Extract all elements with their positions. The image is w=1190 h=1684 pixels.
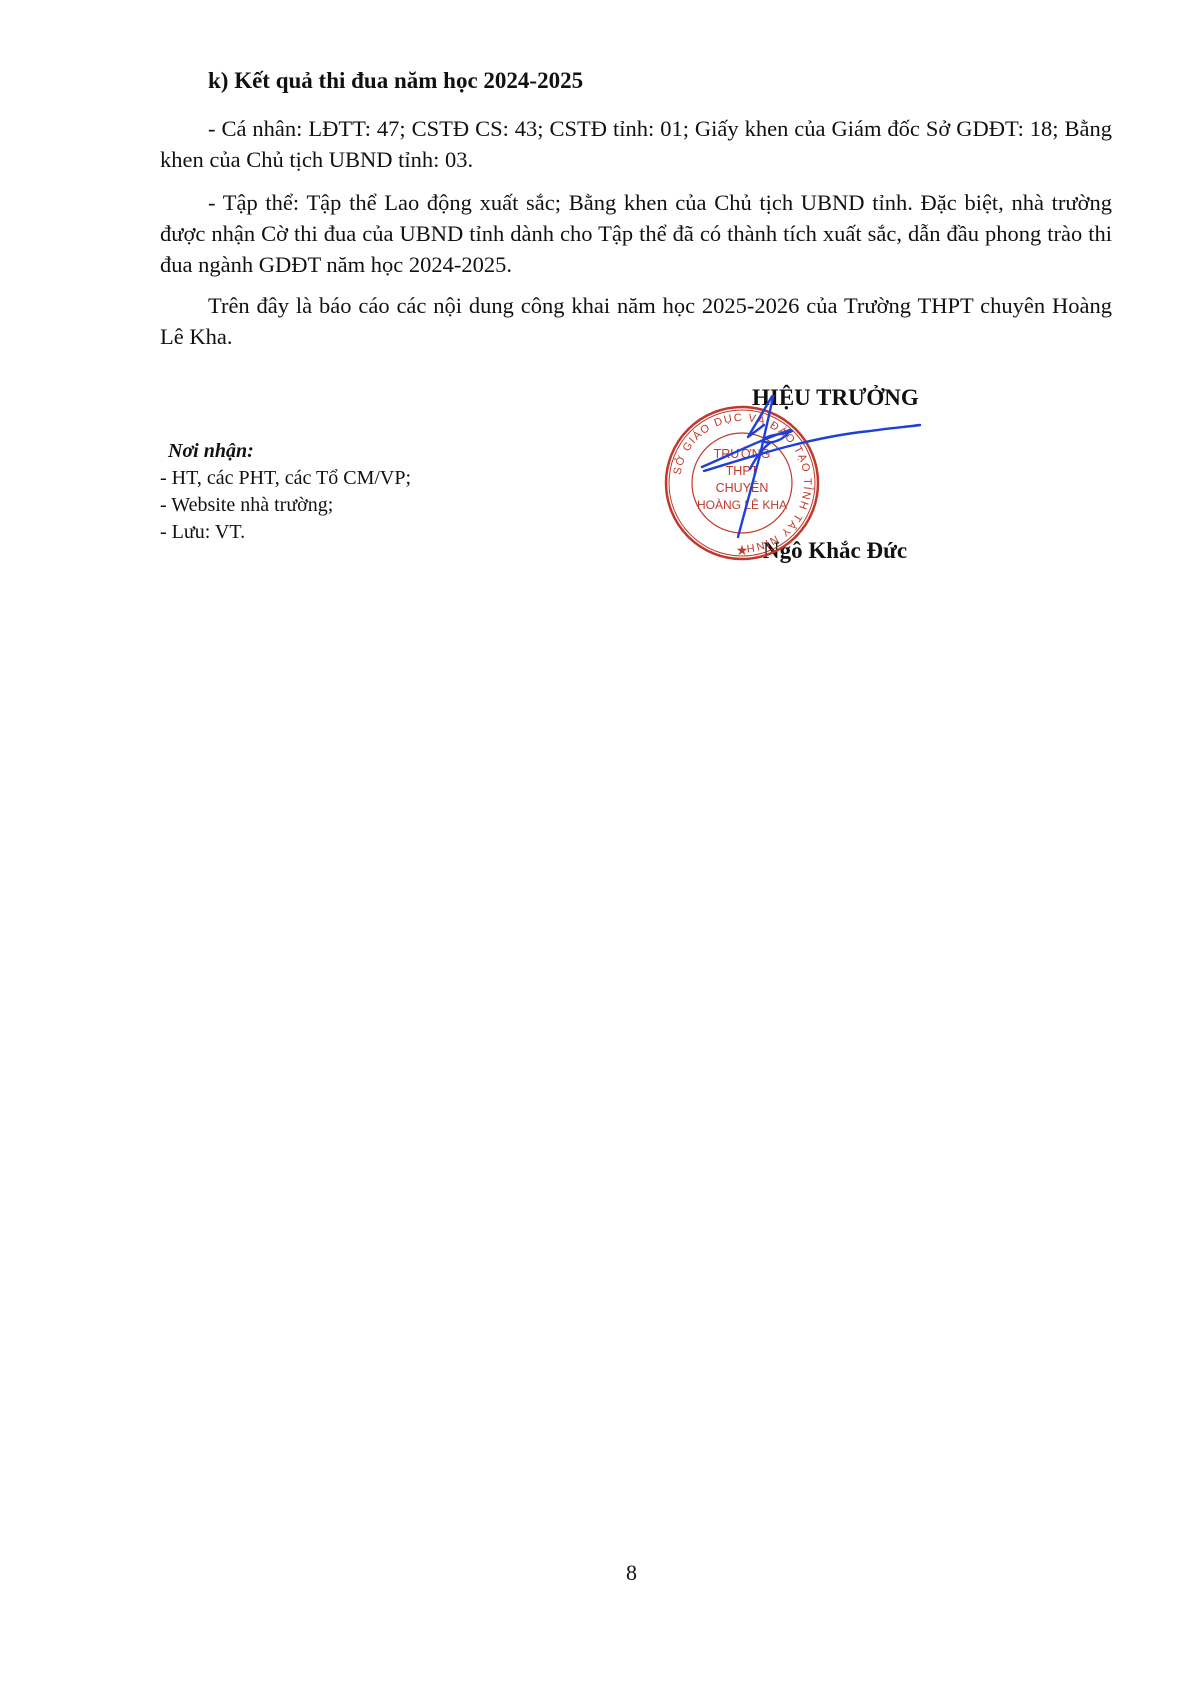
stamp-star-icon: ★ — [736, 544, 749, 559]
recipient-item: - HT, các PHT, các Tổ CM/VP; — [160, 465, 411, 492]
document-page: k) Kết quả thi đua năm học 2024-2025 - C… — [0, 0, 1190, 1684]
paragraph-individual-awards: - Cá nhân: LĐTT: 47; CSTĐ CS: 43; CSTĐ t… — [160, 113, 1112, 175]
page-number: 8 — [626, 1560, 637, 1586]
section-heading: k) Kết quả thi đua năm học 2024-2025 — [208, 68, 583, 94]
handwritten-signature-icon — [690, 395, 950, 545]
paragraph-conclusion: Trên đây là báo cáo các nội dung công kh… — [160, 290, 1112, 352]
recipient-item: - Website nhà trường; — [160, 492, 411, 519]
recipients-title: Nơi nhận: — [160, 438, 411, 465]
recipients-block: Nơi nhận: - HT, các PHT, các Tổ CM/VP; -… — [160, 438, 411, 546]
recipient-item: - Lưu: VT. — [160, 519, 411, 546]
paragraph-collective-awards: - Tập thể: Tập thể Lao động xuất sắc; Bằ… — [160, 187, 1112, 280]
